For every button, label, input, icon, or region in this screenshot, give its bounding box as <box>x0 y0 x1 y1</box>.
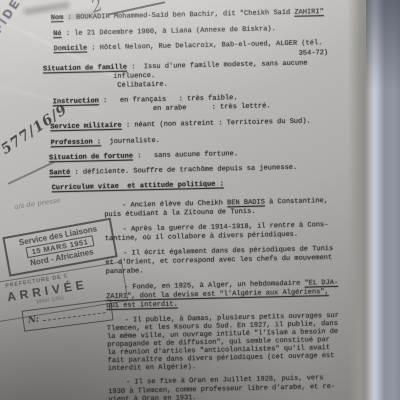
typed-line: Né : le 21 Décembre 1900, à Liana (Annex… <box>53 25 276 38</box>
arrivee-number-blank-line <box>43 311 106 321</box>
typed-line: Curriculum vitae et attitude politique : <box>52 180 224 192</box>
pen-stroke <box>8 161 56 185</box>
typed-text-fragment: à Constantine, <box>265 197 328 206</box>
typed-text-fragment: journaliste. <box>101 137 160 146</box>
typed-text-fragment: Situation de fortune <box>49 153 133 163</box>
typed-line: vient à Oran en 1931. <box>108 394 196 400</box>
typed-line: Profession : journaliste. <box>51 137 160 147</box>
arrivee-number-label: N: <box>27 314 39 325</box>
typed-text-fragment: : néant (non astreint : Territoires du S… <box>122 117 311 129</box>
typed-text-fragment: : Issu d'une famille modeste, sans aucun… <box>127 60 308 72</box>
document-photo: Nom : BOUKADIR Mohammed-Saïd ben Bachir,… <box>0 0 400 400</box>
typed-text-fragment: 354-72) <box>299 49 329 58</box>
typed-text-fragment: BOUKADIR Mohammed-Saïd ben Bachir, dit "… <box>76 9 295 22</box>
typed-line: Situation de fortune : sans aucune fortu… <box>49 150 238 162</box>
typed-line: Santé : déficiente. Souffre de trachôme … <box>49 164 297 178</box>
typed-text-fragment: Nom <box>51 14 64 22</box>
typed-text-fragment: : sans aucune fortune. <box>133 150 238 160</box>
typed-text-fragment: : le 21 Décembre 1900, à Liana (Annexe d… <box>62 25 276 38</box>
typed-text-fragment: Profession : <box>51 138 102 147</box>
edge-shadow <box>366 0 400 90</box>
typed-line: en arabe : très lettré. <box>153 102 271 113</box>
typed-text-fragment: Service militaire <box>50 122 122 132</box>
typed-text-fragment: Curriculum vitae et attitude politique : <box>52 180 224 192</box>
handwritten-note: a/s de presse <box>14 196 61 211</box>
typed-text-fragment: en arabe : très lettré. <box>153 102 271 113</box>
document-page: Nom : BOUKADIR Mohammed-Saïd ben Bachir,… <box>0 0 400 400</box>
typed-line: Domicile : Hôtel Nelson, Rue Delacroix, … <box>53 39 322 53</box>
typed-line: Service militaire : néant (non astreint … <box>50 117 311 131</box>
typed-text-fragment: interdit en Algérie). <box>108 363 196 373</box>
typed-text-fragment: Santé <box>49 169 70 177</box>
typed-text-fragment: ZAHIRI" <box>294 8 324 17</box>
typed-text-fragment: vient à Oran en 1931. <box>108 394 196 400</box>
typed-text-fragment: BEN BADIS <box>227 199 265 208</box>
typed-text-fragment: "EL DJA- <box>304 279 338 288</box>
typed-line: 354-72) <box>299 49 329 58</box>
typed-text-fragment: : Hôtel Nelson, Rue Delacroix, Bab-el-ou… <box>87 39 322 52</box>
typed-text-fragment: : déficiente. Souffre de trachôme depuis… <box>70 164 297 177</box>
typed-line: interdit en Algérie). <box>108 363 196 373</box>
